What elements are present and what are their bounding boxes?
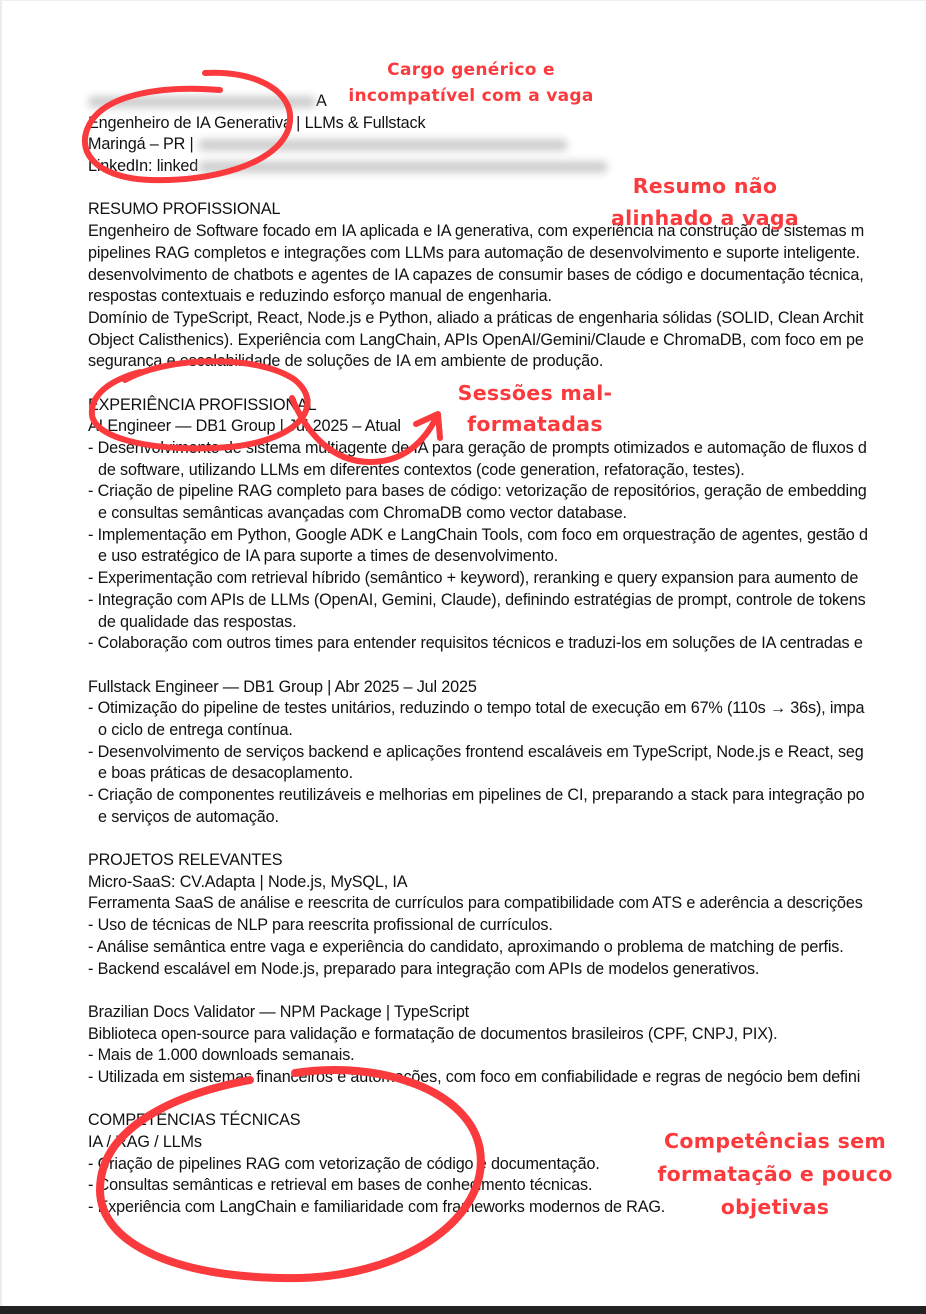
text-line: - Criação de componentes reutilizáveis e…	[88, 785, 926, 807]
redacted-contact	[198, 139, 568, 151]
text-line: - Desenvolvimento de serviços backend e …	[88, 742, 926, 764]
text-line: - Análise semântica entre vaga e experiê…	[88, 937, 926, 959]
text-line: Object Calisthenics). Experiência com La…	[88, 330, 926, 352]
text-line: - Desenvolvimento de sistema multiagente…	[88, 438, 926, 460]
contact-line: Maringá – PR |	[88, 134, 926, 156]
text-line: - Utilizada em sistemas financeiros e au…	[88, 1067, 926, 1089]
text-line: o ciclo de entrega contínua.	[88, 720, 926, 742]
job-bullets: - Otimização do pipeline de testes unitá…	[88, 698, 926, 828]
redacted-linkedin	[198, 161, 608, 173]
text-line: e consultas semânticas avançadas com Chr…	[88, 503, 926, 525]
job-title: Fullstack Engineer — DB1 Group | Abr 202…	[88, 677, 926, 699]
text-line: desenvolvimento de chatbots e agentes de…	[88, 265, 926, 287]
text-line: - Criação de pipeline RAG completo para …	[88, 481, 926, 503]
candidate-title: Engenheiro de IA Generativa | LLMs & Ful…	[88, 113, 926, 135]
text-line: - Uso de técnicas de NLP para reescrita …	[88, 915, 926, 937]
text-line: - Otimização do pipeline de testes unitá…	[88, 698, 926, 720]
text-line: - Colaboração com outros times para ente…	[88, 633, 926, 655]
annotation-sections-note: Sessões mal- formatadas	[430, 378, 640, 440]
page-edge	[0, 0, 926, 1]
text-line: e uso estratégico de IA para suporte a t…	[88, 546, 926, 568]
text-line: - Backend escalável em Node.js, preparad…	[88, 959, 926, 981]
text-line: - Mais de 1.000 downloads semanais.	[88, 1045, 926, 1067]
text-line: segurança e escalabilidade de soluções d…	[88, 351, 926, 373]
annotation-title-note: Cargo genérico e incompatível com a vaga	[340, 57, 602, 109]
summary-body: Engenheiro de Software focado em IA apli…	[88, 221, 926, 373]
text-line: Biblioteca open-source para validação e …	[88, 1024, 926, 1046]
project-title: Micro-SaaS: CV.Adapta | Node.js, MySQL, …	[88, 872, 926, 894]
text-line: - Implementação em Python, Google ADK e …	[88, 525, 926, 547]
text-line: pipelines RAG completos e integrações co…	[88, 243, 926, 265]
text-line: respostas contextuais e reduzindo esforç…	[88, 286, 926, 308]
redacted-name	[88, 96, 316, 108]
text-line: - Experimentação com retrieval híbrido (…	[88, 568, 926, 590]
text-line: de qualidade das respostas.	[88, 612, 926, 634]
job-bullets: - Desenvolvimento de sistema multiagente…	[88, 438, 926, 655]
bottom-bar	[0, 1306, 926, 1314]
resume-document: A Engenheiro de IA Generativa | LLMs & F…	[88, 91, 926, 1219]
text-line: Ferramenta SaaS de análise e reescrita d…	[88, 893, 926, 915]
text-line: Domínio de TypeScript, React, Node.js e …	[88, 308, 926, 330]
text-line: de software, utilizando LLMs em diferent…	[88, 460, 926, 482]
text-line: - Integração com APIs de LLMs (OpenAI, G…	[88, 590, 926, 612]
project-lines: Ferramenta SaaS de análise e reescrita d…	[88, 893, 926, 980]
page-edge	[0, 0, 2, 1306]
annotation-summary-note: Resumo não alinhado a vaga	[590, 170, 820, 234]
section-heading-projects: PROJETOS RELEVANTES	[88, 850, 926, 872]
project-title: Brazilian Docs Validator — NPM Package |…	[88, 1002, 926, 1024]
text-line: e serviços de automação.	[88, 807, 926, 829]
text-line: e boas práticas de desacoplamento.	[88, 763, 926, 785]
project-lines: Biblioteca open-source para validação e …	[88, 1024, 926, 1089]
annotation-skills-note: Competências sem formatação e pouco obje…	[640, 1125, 910, 1224]
